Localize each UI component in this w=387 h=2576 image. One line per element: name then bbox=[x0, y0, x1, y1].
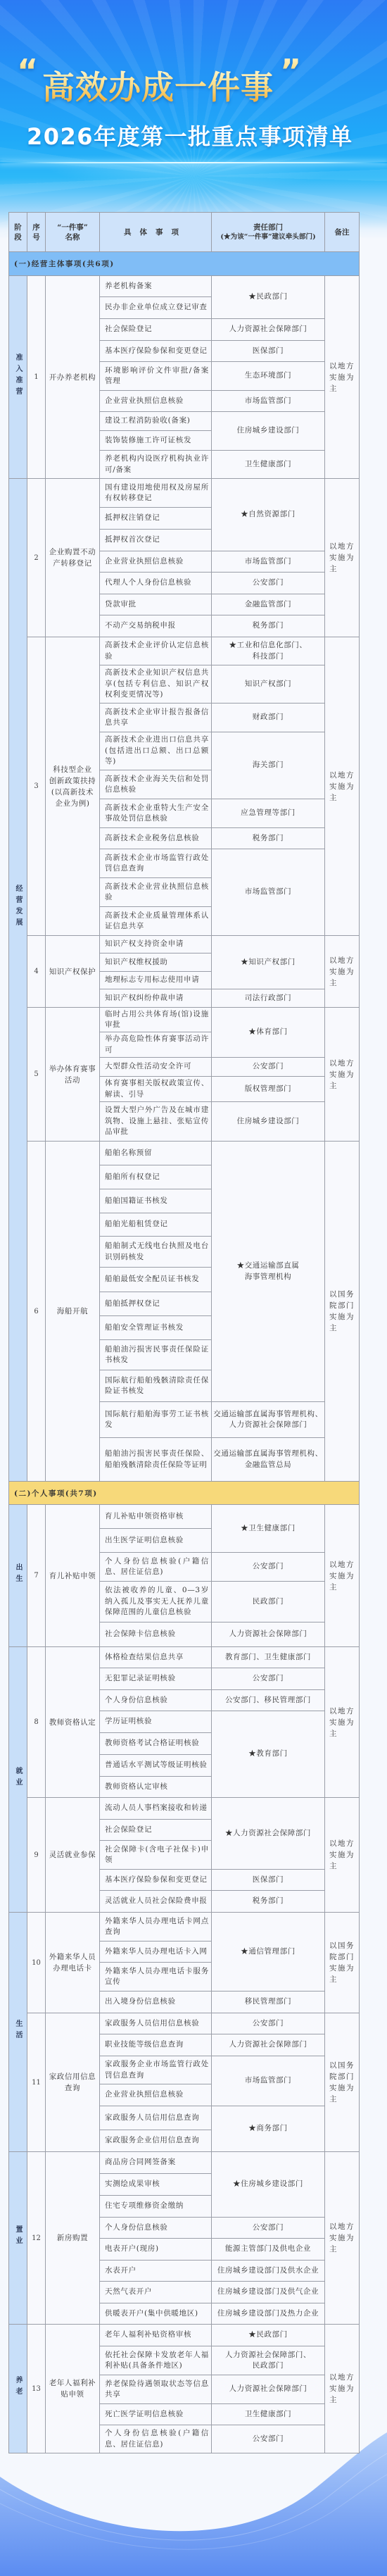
stage-label: 经营发展 bbox=[13, 884, 23, 930]
item-cell: 依托社会保障卡发放老年人福利补贴(具备条件地区) bbox=[100, 2346, 212, 2375]
item-cell: 死亡医学证明信息核验 bbox=[100, 2404, 212, 2425]
matter-name-cell: 举办体育赛事 活动 bbox=[46, 1008, 100, 1142]
stage-cell: 准入准营 bbox=[9, 276, 27, 479]
dept-cell: ★体育部门 bbox=[212, 1008, 325, 1058]
matter-name-cell: 科技型企业 创新政策扶持 (以高新技术 企业为例) bbox=[46, 637, 100, 936]
stage-cell: 置业 bbox=[9, 2152, 27, 2325]
column-header-dept-label: 责任部门 bbox=[253, 223, 283, 232]
dept-cell: ★教育部门 bbox=[212, 1711, 325, 1798]
dept-cell: 税务部门 bbox=[212, 1891, 325, 1913]
dept-cell: 公安部门 bbox=[212, 1668, 325, 1690]
dept-cell: 医保部门 bbox=[212, 341, 325, 362]
table-row: 9灵活就业参保流动人员人事档案接收和转递★人力资源社会保障部门以地方实施为主 bbox=[9, 1798, 360, 1820]
item-cell: 高新技术企业海关失信和处罚信息核验 bbox=[100, 770, 212, 799]
dept-cell: 能源主管部门及供电企业 bbox=[212, 2239, 325, 2261]
item-cell: 建设工程消防验收(备案) bbox=[100, 412, 212, 431]
seq-cell: 4 bbox=[27, 936, 46, 1008]
note-cell: 以地方实施为主 bbox=[325, 936, 360, 1008]
item-cell: 流动人员人事档案接收和转递 bbox=[100, 1798, 212, 1820]
item-cell: 社会保障卡信息核验 bbox=[100, 1622, 212, 1647]
table-row: 3科技型企业 创新政策扶持 (以高新技术 企业为例)高新技术企业评价认定信息核验… bbox=[9, 637, 360, 665]
item-cell: 企业营业执照信息核验 bbox=[100, 391, 212, 412]
note-cell: 以国务院部门实施为主 bbox=[325, 2013, 360, 2152]
page-title: 高效办成一件事 bbox=[42, 69, 274, 106]
table-row: 养老13老年人福利补 贴申领老年人福利补贴资格审核★民政部门以地方实施为主 bbox=[9, 2325, 360, 2346]
item-cell: 企业营业执照信息核验 bbox=[100, 2084, 212, 2106]
table-row: 置业12新房购置商品房合同网签备案★住房城乡建设部门以地方实施为主 bbox=[9, 2152, 360, 2174]
seq-cell: 12 bbox=[27, 2152, 46, 2325]
dept-cell: 移民管理部门 bbox=[212, 1992, 325, 2013]
dept-cell: 知识产权部门 bbox=[212, 665, 325, 704]
item-cell: 民办非企业单位成立登记审查 bbox=[100, 297, 212, 319]
item-cell: 船舶所有权登记 bbox=[100, 1165, 212, 1189]
item-cell: 家政服务人员信用信息查询 bbox=[100, 2106, 212, 2130]
item-cell: 外籍来华人员办理电话卡服务宣传 bbox=[100, 1963, 212, 1992]
glow-band bbox=[42, 163, 345, 192]
dept-cell: ★人力资源社会保障部门 bbox=[212, 1798, 325, 1870]
page-subtitle: 2026年度第一批重点事项清单 bbox=[27, 123, 353, 151]
table-row: 就业8教师资格认定体格检查结果信息共享教育部门、卫生健康部门以地方实施为主 bbox=[9, 1647, 360, 1668]
section-title: (一)经营主体事项(共6项) bbox=[9, 252, 360, 276]
dept-cell: 交通运输部直属海事管理机构、 金融监管总局 bbox=[212, 1438, 325, 1482]
dept-cell: ★交通运输部直属 海事管理机构 bbox=[212, 1142, 325, 1402]
matter-name-cell: 家政信用信息 查询 bbox=[46, 2013, 100, 2152]
matter-name-cell: 育儿补贴申领 bbox=[46, 1505, 100, 1647]
seq-cell: 5 bbox=[27, 1008, 46, 1142]
note-cell: 以国务院部门实施为主 bbox=[325, 1142, 360, 1482]
matter-name-cell: 海船开航 bbox=[46, 1142, 100, 1482]
note-cell: 以国务院部门实施为主 bbox=[325, 1913, 360, 2013]
dept-cell: ★卫生健康部门 bbox=[212, 1505, 325, 1553]
item-cell: 家政服务人员信用信息核验 bbox=[100, 2013, 212, 2034]
item-cell: 灵活就业人员社会保险费申报 bbox=[100, 1891, 212, 1913]
dept-cell: 海关部门 bbox=[212, 732, 325, 799]
item-cell: 船舶名称预留 bbox=[100, 1142, 212, 1165]
item-cell: 抵押权注销登记 bbox=[100, 508, 212, 530]
hero-banner: “ 高效办成一件事 ” 2026年度第一批重点事项清单 bbox=[0, 0, 387, 239]
stage-cell: 生活 bbox=[9, 1913, 27, 2152]
dept-cell: 公安部门、移民管理部门 bbox=[212, 1690, 325, 1711]
item-cell: 国际航行船舶残骸清除责任保险证书核发 bbox=[100, 1370, 212, 1402]
matter-name-cell: 灵活就业参保 bbox=[46, 1798, 100, 1913]
table-row: 准入准营1开办养老机构养老机构备案★民政部门以地方实施为主 bbox=[9, 276, 360, 297]
item-cell: 电表开户(现房) bbox=[100, 2239, 212, 2261]
stage-label: 就业 bbox=[13, 1767, 23, 1789]
seq-cell: 10 bbox=[27, 1913, 46, 2013]
title-quote-close: ” bbox=[280, 55, 301, 87]
item-cell: 出生医学证明信息核验 bbox=[100, 1529, 212, 1553]
item-cell: 举办高危险性体育赛事活动许可 bbox=[100, 1032, 212, 1058]
section-title: (二)个人事项(共7项) bbox=[9, 1482, 360, 1505]
item-cell: 社会保险登记 bbox=[100, 1820, 212, 1841]
dept-cell: 税务部门 bbox=[212, 615, 325, 637]
item-cell: 养老机构备案 bbox=[100, 276, 212, 297]
seq-cell: 6 bbox=[27, 1142, 46, 1482]
item-cell: 基本医疗保险参保和变更登记 bbox=[100, 341, 212, 362]
item-cell: 基本医疗保险参保和变更登记 bbox=[100, 1870, 212, 1891]
dept-cell: 市场监管部门 bbox=[212, 551, 325, 573]
stage-label: 置业 bbox=[13, 2225, 23, 2248]
table-row: 4知识产权保护知识产权支持资金申请★知识产权部门以地方实施为主 bbox=[9, 936, 360, 954]
seq-cell: 9 bbox=[27, 1798, 46, 1913]
dept-cell: 人力资源社会保障部门 bbox=[212, 319, 325, 341]
dept-cell: ★住房城乡建设部门 bbox=[212, 2152, 325, 2218]
item-cell: 高新技术企业知识产权信息共享(包括专利信息、知识产权权利变更情况等) bbox=[100, 665, 212, 704]
item-cell: 临时占用公共体育场(馆)设施审批 bbox=[100, 1008, 212, 1032]
column-header-seq: 序 号 bbox=[27, 213, 46, 252]
dept-cell: 公安部门 bbox=[212, 573, 325, 594]
table-row: 出生7育儿补贴申领育儿补贴申领资格审核★卫生健康部门以地方实施为主 bbox=[9, 1505, 360, 1529]
column-header-stage: 阶 段 bbox=[9, 213, 27, 252]
table-row: 11家政信用信息 查询家政服务人员信用信息核验公安部门以国务院部门实施为主 bbox=[9, 2013, 360, 2034]
dept-cell: ★知识产权部门 bbox=[212, 936, 325, 989]
dept-cell: 交通运输部直属海事管理机构、 人力资源社会保障部门 bbox=[212, 1402, 325, 1438]
dept-cell: 卫生健康部门 bbox=[212, 451, 325, 479]
note-cell: 以地方实施为主 bbox=[325, 479, 360, 637]
item-cell: 出入境身份信息核验 bbox=[100, 1992, 212, 2013]
note-cell: 以地方实施为主 bbox=[325, 1505, 360, 1647]
item-cell: 个人身份信息核验 bbox=[100, 2218, 212, 2239]
dept-cell: ★民政部门 bbox=[212, 2325, 325, 2346]
item-cell: 商品房合同网签备案 bbox=[100, 2152, 212, 2174]
item-cell: 知识产权支持资金申请 bbox=[100, 936, 212, 954]
item-cell: 设置大型户外广告及在城市建筑物、设施上悬挂、张贴宣传品审批 bbox=[100, 1102, 212, 1142]
dept-cell: 应急管理等部门 bbox=[212, 799, 325, 828]
matter-name-cell: 新房购置 bbox=[46, 2152, 100, 2325]
dept-cell: 人力资源社会保障部门 bbox=[212, 2034, 325, 2056]
table-row: 6海船开航船舶名称预留★交通运输部直属 海事管理机构以国务院部门实施为主 bbox=[9, 1142, 360, 1165]
item-cell: 国际航行船舶海事劳工证书核发 bbox=[100, 1402, 212, 1438]
item-cell: 个人身份信息核验(户籍信息、居住证信息) bbox=[100, 1553, 212, 1582]
section-row: (二)个人事项(共7项) bbox=[9, 1482, 360, 1505]
item-cell: 体格检查结果信息共享 bbox=[100, 1647, 212, 1668]
dept-cell: ★工业和信息化部门、 科技部门 bbox=[212, 637, 325, 665]
note-cell: 以地方实施为主 bbox=[325, 2152, 360, 2325]
matter-name-cell: 开办养老机构 bbox=[46, 276, 100, 479]
dept-cell: 市场监管部门 bbox=[212, 391, 325, 412]
item-cell: 船舶国籍证书核发 bbox=[100, 1189, 212, 1213]
column-header-matter-name: “一件事” 名称 bbox=[46, 213, 100, 252]
matter-name-cell: 教师资格认定 bbox=[46, 1647, 100, 1798]
stage-label: 准入准营 bbox=[13, 354, 23, 399]
dept-cell: 公安部门 bbox=[212, 2013, 325, 2034]
stage-label: 出生 bbox=[13, 1563, 23, 1586]
dept-cell: ★商务部门 bbox=[212, 2106, 325, 2152]
note-cell: 以地方实施为主 bbox=[325, 1008, 360, 1142]
item-cell: 外籍来华人员办理电话卡网点查询 bbox=[100, 1913, 212, 1942]
note-cell: 以地方实施为主 bbox=[325, 1647, 360, 1798]
item-cell: 地理标志专用标志使用申请 bbox=[100, 972, 212, 989]
item-cell: 高新技术企业重特大生产安全事故处罚信息核验 bbox=[100, 799, 212, 828]
table-row: 经营发展2企业购置不动 产转移登记国有建设用地使用权及房屋所有权转移登记★自然资… bbox=[9, 479, 360, 508]
item-cell: 高新技术企业进出口信息共享(包括进出口总额、出口总额等) bbox=[100, 732, 212, 770]
item-cell: 高新技术企业审计报告报备信息共享 bbox=[100, 704, 212, 732]
dept-cell: 市场监管部门 bbox=[212, 849, 325, 936]
item-cell: 养老保险待遇领取状态等信息共享 bbox=[100, 2375, 212, 2404]
seq-cell: 3 bbox=[27, 637, 46, 936]
column-header-dept-sublabel: (★为该“一件事”建议牵头部门) bbox=[212, 232, 324, 242]
item-cell: 学历证明核验 bbox=[100, 1711, 212, 1733]
item-cell: 体育赛事相关版权政策宣传、解读、引导 bbox=[100, 1077, 212, 1102]
item-cell: 职业技能等级信息查询 bbox=[100, 2034, 212, 2056]
column-header-note: 备注 bbox=[325, 213, 360, 252]
item-cell: 不动产交易纳税申报 bbox=[100, 615, 212, 637]
item-cell: 代理人个人身份信息核验 bbox=[100, 573, 212, 594]
stage-cell: 经营发展 bbox=[9, 479, 27, 1482]
stage-cell: 就业 bbox=[9, 1647, 27, 1913]
column-header-dept: 责任部门 (★为该“一件事”建议牵头部门) bbox=[212, 213, 325, 252]
item-cell: 家政服务企业市场监管行政处罚信息查询 bbox=[100, 2056, 212, 2084]
dept-cell: 住房城乡建设部门 bbox=[212, 1102, 325, 1142]
item-cell: 住宅专项维修资金缴纳 bbox=[100, 2196, 212, 2218]
item-cell: 高新技术企业税务信息核验 bbox=[100, 828, 212, 849]
stage-label: 生活 bbox=[13, 2020, 23, 2042]
item-cell: 供暖表开户(集中供暖地区) bbox=[100, 2303, 212, 2325]
item-cell: 船舶油污损害民事责任保险证书核发 bbox=[100, 1340, 212, 1370]
stage-cell: 出生 bbox=[9, 1505, 27, 1647]
matter-name-cell: 外籍来华人员 办理电话卡 bbox=[46, 1913, 100, 2013]
dept-cell: 人力资源社会保障部门 bbox=[212, 2375, 325, 2404]
seq-cell: 7 bbox=[27, 1505, 46, 1647]
seq-cell: 11 bbox=[27, 2013, 46, 2152]
title-quote-open: “ bbox=[17, 55, 38, 87]
seq-cell: 13 bbox=[27, 2325, 46, 2453]
dept-cell: 公安部门 bbox=[212, 1058, 325, 1077]
item-cell: 国有建设用地使用权及房屋所有权转移登记 bbox=[100, 479, 212, 508]
stage-cell: 养老 bbox=[9, 2325, 27, 2453]
item-cell: 高新技术企业评价认定信息核验 bbox=[100, 637, 212, 665]
item-cell: 育儿补贴申领资格审核 bbox=[100, 1505, 212, 1529]
item-cell: 个人身份信息核验(户籍信息、居住证信息) bbox=[100, 2425, 212, 2453]
item-cell: 社会保障卡(含电子社保卡)申领 bbox=[100, 1841, 212, 1870]
dept-cell: 人力资源社会保障部门 bbox=[212, 1622, 325, 1647]
item-cell: 社会保险登记 bbox=[100, 319, 212, 341]
item-cell: 教师资格考试合格证明核验 bbox=[100, 1733, 212, 1755]
item-cell: 水表开户 bbox=[100, 2261, 212, 2282]
table-header-row: 阶 段 序 号 “一件事” 名称 具体事项 责任部门 (★为该“一件事”建议牵头… bbox=[9, 213, 360, 252]
item-cell: 高新技术企业市场监管行政处罚信息查询 bbox=[100, 849, 212, 878]
key-matters-table: 阶 段 序 号 “一件事” 名称 具体事项 责任部门 (★为该“一件事”建议牵头… bbox=[8, 212, 360, 2453]
item-cell: 船舶抵押权登记 bbox=[100, 1292, 212, 1316]
dept-cell: 教育部门、卫生健康部门 bbox=[212, 1647, 325, 1668]
item-cell: 船舶最低安全配员证书核发 bbox=[100, 1268, 212, 1292]
item-cell: 外籍来华人员办理电话卡入网 bbox=[100, 1942, 212, 1963]
dept-cell: 民政部门 bbox=[212, 1582, 325, 1622]
table-row: 生活10外籍来华人员 办理电话卡外籍来华人员办理电话卡网点查询★通信管理部门以国… bbox=[9, 1913, 360, 1942]
item-cell: 高新技术企业营业执照信息核验 bbox=[100, 878, 212, 907]
item-cell: 企业营业执照信息核验 bbox=[100, 551, 212, 573]
note-cell: 以地方实施为主 bbox=[325, 276, 360, 479]
item-cell: 教师资格认定审核 bbox=[100, 1777, 212, 1798]
dept-cell: 公安部门 bbox=[212, 2425, 325, 2453]
note-cell: 以地方实施为主 bbox=[325, 637, 360, 936]
item-cell: 家政服务企业信用信息查询 bbox=[100, 2130, 212, 2152]
item-cell: 大型群众性活动安全许可 bbox=[100, 1058, 212, 1077]
dept-cell: ★自然资源部门 bbox=[212, 479, 325, 551]
seq-cell: 2 bbox=[27, 479, 46, 637]
note-cell: 以地方实施为主 bbox=[325, 1798, 360, 1913]
dept-cell: 公安部门 bbox=[212, 2218, 325, 2239]
dept-cell: 住房城乡建设部门 bbox=[212, 412, 325, 451]
dept-cell: 卫生健康部门 bbox=[212, 2404, 325, 2425]
dept-cell: 住房城乡建设部门及热力企业 bbox=[212, 2303, 325, 2325]
table-row: 5举办体育赛事 活动临时占用公共体育场(馆)设施审批★体育部门以地方实施为主 bbox=[9, 1008, 360, 1032]
item-cell: 贷款审批 bbox=[100, 594, 212, 615]
item-cell: 老年人福利补贴资格审核 bbox=[100, 2325, 212, 2346]
column-header-items: 具体事项 bbox=[100, 213, 212, 252]
stage-label: 养老 bbox=[13, 2376, 23, 2399]
table-body: (一)经营主体事项(共6项)准入准营1开办养老机构养老机构备案★民政部门以地方实… bbox=[9, 252, 360, 2453]
item-cell: 船舶安全管理证书核发 bbox=[100, 1316, 212, 1340]
item-cell: 普通话水平测试等级证明核验 bbox=[100, 1755, 212, 1777]
dept-cell: 公安部门 bbox=[212, 1553, 325, 1582]
matter-name-cell: 企业购置不动 产转移登记 bbox=[46, 479, 100, 637]
dept-cell: 人力资源社会保障部门、 民政部门 bbox=[212, 2346, 325, 2375]
item-cell: 无犯罪记录证明核验 bbox=[100, 1668, 212, 1690]
matter-name-cell: 老年人福利补 贴申领 bbox=[46, 2325, 100, 2453]
item-cell: 装饰装修施工许可证核发 bbox=[100, 431, 212, 451]
item-cell: 知识产权纠纷仲裁申请 bbox=[100, 989, 212, 1008]
dept-cell: 金融监管部门 bbox=[212, 594, 325, 615]
item-cell: 养老机构内设医疗机构执业许可/备案 bbox=[100, 451, 212, 479]
section-row: (一)经营主体事项(共6项) bbox=[9, 252, 360, 276]
dept-cell: 住房城乡建设部门及供水企业 bbox=[212, 2261, 325, 2282]
dept-cell: ★民政部门 bbox=[212, 276, 325, 319]
dept-cell: 医保部门 bbox=[212, 1870, 325, 1891]
matter-name-cell: 知识产权保护 bbox=[46, 936, 100, 1008]
item-cell: 实测绘成果审核 bbox=[100, 2174, 212, 2196]
dept-cell: 财政部门 bbox=[212, 704, 325, 732]
dept-cell: 司法行政部门 bbox=[212, 989, 325, 1008]
item-cell: 天然气表开户 bbox=[100, 2282, 212, 2303]
item-cell: 依法被收养的儿童、0—3岁纳入孤儿及事实无人抚养儿童保障范围的儿童信息核验 bbox=[100, 1582, 212, 1622]
note-cell: 以地方实施为主 bbox=[325, 2325, 360, 2453]
dept-cell: ★通信管理部门 bbox=[212, 1913, 325, 1992]
dept-cell: 住房城乡建设部门及供气企业 bbox=[212, 2282, 325, 2303]
dept-cell: 版权管理部门 bbox=[212, 1077, 325, 1102]
dept-cell: 税务部门 bbox=[212, 828, 325, 849]
item-cell: 船舶油污损害民事责任保险、船舶残骸清除责任保险等证明 bbox=[100, 1438, 212, 1482]
item-cell: 抵押权首次登记 bbox=[100, 530, 212, 551]
item-cell: 船舶制式无线电台执照及电台识别码核发 bbox=[100, 1237, 212, 1268]
dept-cell: 市场监管部门 bbox=[212, 2056, 325, 2106]
item-cell: 船舶光船租赁登记 bbox=[100, 1213, 212, 1237]
item-cell: 知识产权维权援助 bbox=[100, 954, 212, 972]
item-cell: 环境影响评价文件审批/备案管理 bbox=[100, 362, 212, 391]
item-cell: 个人身份信息核验 bbox=[100, 1690, 212, 1711]
seq-cell: 8 bbox=[27, 1647, 46, 1798]
dept-cell: 生态环境部门 bbox=[212, 362, 325, 391]
item-cell: 高新技术企业质量管理体系认证信息共享 bbox=[100, 907, 212, 936]
seq-cell: 1 bbox=[27, 276, 46, 479]
